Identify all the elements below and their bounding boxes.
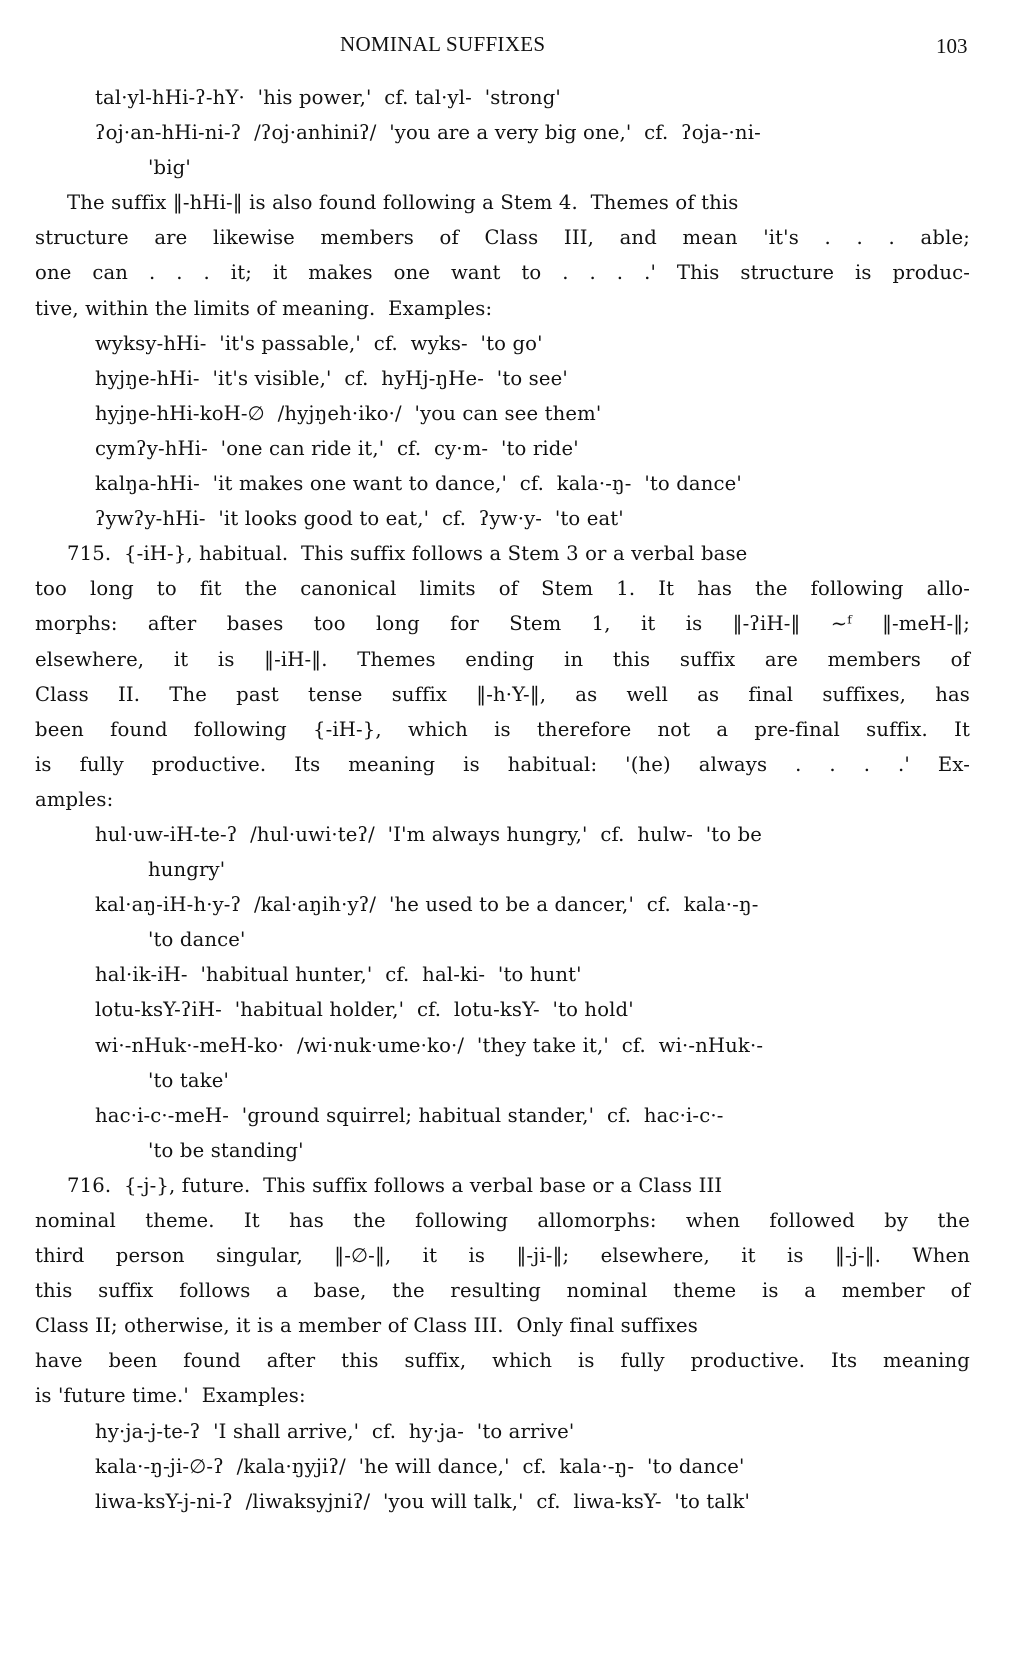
paragraph-line: third person singular, ‖-∅-‖, it is ‖-ji…: [35, 1238, 970, 1273]
example-line: hyjŋe-hHi-koH-∅ /hyjŋeh·iko·/ 'you can s…: [35, 396, 970, 431]
running-head: NOMINAL SUFFIXES: [340, 32, 545, 57]
paragraph-line: Class II; otherwise, it is a member of C…: [35, 1308, 970, 1343]
paragraph-line: elsewhere, it is ‖-iH-‖. Themes ending i…: [35, 642, 970, 677]
page-number: 103: [936, 34, 968, 59]
example-line: cymʔy-hHi- 'one can ride it,' cf. cy·m- …: [35, 431, 970, 466]
example-continuation: hungry': [35, 852, 970, 887]
example-line: tal·yl-hHi-ʔ-hY· 'his power,' cf. tal·yl…: [35, 80, 970, 115]
example-line: ʔoj·an-hHi-ni-ʔ /ʔoj·anhiniʔ/ 'you are a…: [35, 115, 970, 150]
paragraph-line: Class II. The past tense suffix ‖-h·Y-‖,…: [35, 677, 970, 712]
example-continuation: 'to be standing': [35, 1133, 970, 1168]
paragraph-first-line: 716. {-j-}, future. This suffix follows …: [35, 1168, 970, 1203]
paragraph-line: this suffix follows a base, the resultin…: [35, 1273, 970, 1308]
example-continuation: 'to dance': [35, 922, 970, 957]
example-line: wi·-nHuk·-meH-ko· /wi·nuk·ume·ko·/ 'they…: [35, 1028, 970, 1063]
paragraph-line: been found following {-iH-}, which is th…: [35, 712, 970, 747]
example-continuation: 'to take': [35, 1063, 970, 1098]
paragraph-first-line: The suffix ‖-hHi-‖ is also found followi…: [35, 185, 970, 220]
example-line: hul·uw-iH-te-ʔ /hul·uwi·teʔ/ 'I'm always…: [35, 817, 970, 852]
example-line: liwa-ksY-j-ni-ʔ /liwaksyjniʔ/ 'you will …: [35, 1484, 970, 1519]
paragraph-line: morphs: after bases too long for Stem 1,…: [35, 606, 970, 641]
paragraph-line: amples:: [35, 782, 970, 817]
paragraph-line: too long to fit the canonical limits of …: [35, 571, 970, 606]
example-line: hy·ja-j-te-ʔ 'I shall arrive,' cf. hy·ja…: [35, 1414, 970, 1449]
paragraph-line: tive, within the limits of meaning. Exam…: [35, 291, 970, 326]
page-header: NOMINAL SUFFIXES 103: [0, 28, 1021, 62]
example-line: kalŋa-hHi- 'it makes one want to dance,'…: [35, 466, 970, 501]
paragraph-line: have been found after this suffix, which…: [35, 1343, 970, 1378]
example-line: hac·i-c·-meH- 'ground squirrel; habitual…: [35, 1098, 970, 1133]
example-line: kala·-ŋ-ji-∅-ʔ /kala·ŋyjiʔ/ 'he will dan…: [35, 1449, 970, 1484]
example-line: ʔywʔy-hHi- 'it looks good to eat,' cf. ʔ…: [35, 501, 970, 536]
paragraph-line: is 'future time.' Examples:: [35, 1378, 970, 1413]
body-text: tal·yl-hHi-ʔ-hY· 'his power,' cf. tal·yl…: [35, 80, 970, 1519]
example-line: wyksy-hHi- 'it's passable,' cf. wyks- 't…: [35, 326, 970, 361]
paragraph-line: one can . . . it; it makes one want to .…: [35, 255, 970, 290]
paragraph-line: structure are likewise members of Class …: [35, 220, 970, 255]
example-line: lotu-ksY-ʔiH- 'habitual holder,' cf. lot…: [35, 992, 970, 1027]
example-line: kal·aŋ-iH-h·y-ʔ /kal·aŋih·yʔ/ 'he used t…: [35, 887, 970, 922]
paragraph-line: is fully productive. Its meaning is habi…: [35, 747, 970, 782]
paragraph-line: nominal theme. It has the following allo…: [35, 1203, 970, 1238]
paragraph-first-line: 715. {-iH-}, habitual. This suffix follo…: [35, 536, 970, 571]
example-line: hyjŋe-hHi- 'it's visible,' cf. hyHj-ŋHe-…: [35, 361, 970, 396]
example-continuation: 'big': [35, 150, 970, 185]
example-line: hal·ik-iH- 'habitual hunter,' cf. hal-ki…: [35, 957, 970, 992]
